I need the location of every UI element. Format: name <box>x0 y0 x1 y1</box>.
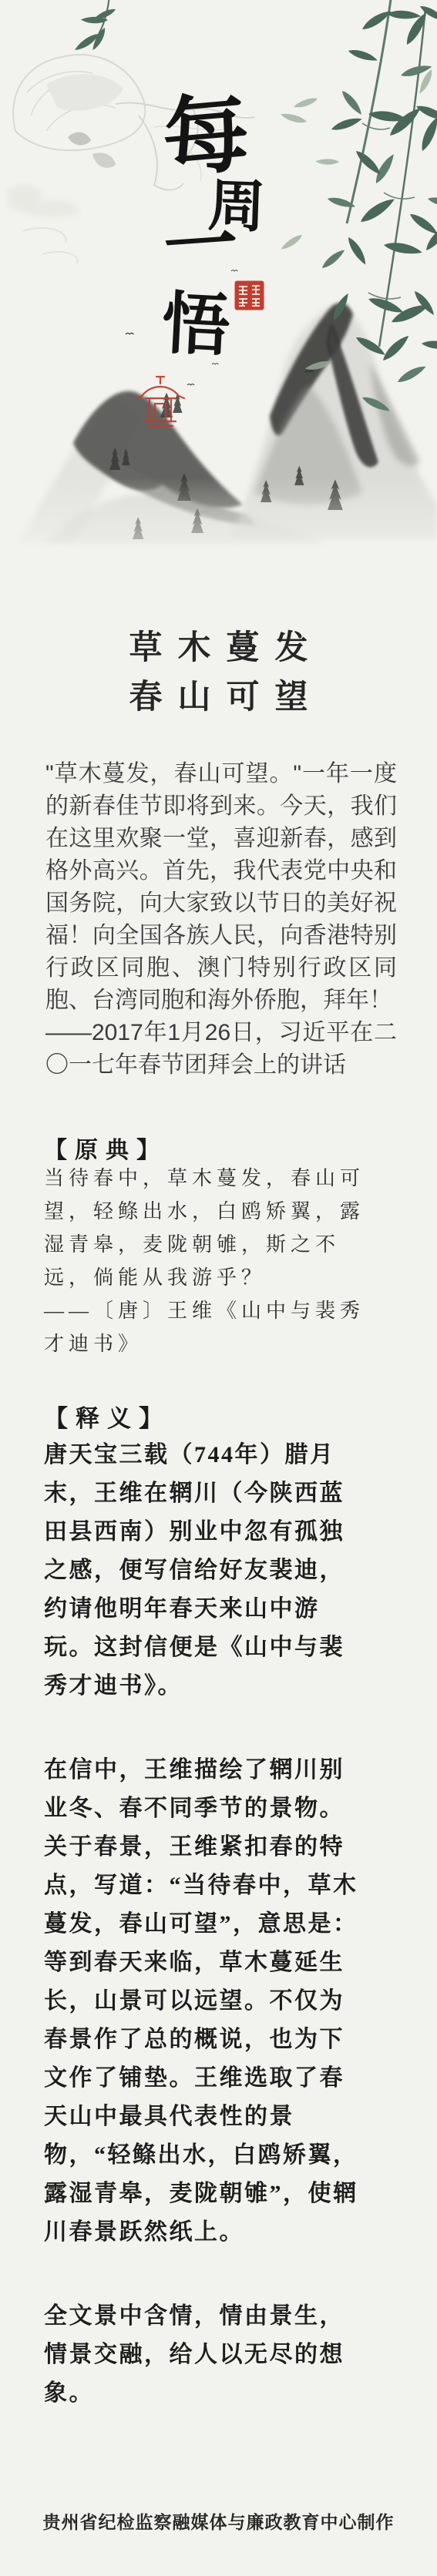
bamboo-sprig-top-left <box>72 0 117 52</box>
article-title: 草木蔓发 春山可望 <box>0 624 437 723</box>
lede-quote-text: "草木蔓发，春山可望。"一年一度的新春佳节即将到来。今天，我们在这里欢聚一堂，喜… <box>45 758 397 1017</box>
lede-quote: "草木蔓发，春山可望。"一年一度的新春佳节即将到来。今天，我们在这里欢聚一堂，喜… <box>45 758 397 1082</box>
section-heading-shiyi: 【释义】 <box>44 1399 170 1434</box>
shiyi-paragraph-3: 全文景中含情，情由景生，情景交融，给人以无尽的想象。 <box>44 2297 365 2413</box>
lede-quote-attribution: ——2017年1月26日，习近平在二〇一七年春节团拜会上的讲话 <box>45 1017 397 1082</box>
calligraphy-char-3: 一 <box>161 203 240 290</box>
yuandian-body: 当待春中，草木蔓发，春山可望，轻鲦出水，白鸥矫翼，露湿青皋，麦陇朝雊，斯之不远，… <box>44 1162 380 1360</box>
shiyi-paragraph-2: 在信中，王维描绘了辋川别业冬、春不同季节的景物。关于春景，王维紧扣春的特点，写道… <box>44 1751 365 2252</box>
shiyi-body: 唐天宝三载（744年）腊月末，王维在辋川（今陕西蓝田县西南）别业中忽有孤独之感，… <box>44 1436 365 2413</box>
article-page: 每 周 一 悟 <box>0 0 437 2576</box>
calligraphy-char-1: 每 <box>159 86 253 188</box>
section-heading-yuandian: 【原典】 <box>44 1131 167 1165</box>
article-title-line1: 草木蔓发 <box>0 624 437 673</box>
red-seal-icon <box>235 281 264 310</box>
mist-fade <box>0 478 437 601</box>
producer-credit: 贵州省纪检监察融媒体与廉政教育中心制作 <box>0 2508 437 2534</box>
article-title-line2: 春山可望 <box>0 673 437 723</box>
yuandian-text: 当待春中，草木蔓发，春山可望，轻鲦出水，白鸥矫翼，露湿青皋，麦陇朝雊，斯之不远，… <box>44 1162 380 1294</box>
calligraphy-char-4: 悟 <box>160 287 231 365</box>
yuandian-attribution: ——〔唐〕王维《山中与裴秀才迪书》 <box>44 1294 380 1360</box>
shiyi-paragraph-1: 唐天宝三载（744年）腊月末，王维在辋川（今陕西蓝田县西南）别业中忽有孤独之感，… <box>44 1436 365 1706</box>
calligraphy-weekly-insight: 每 周 一 悟 <box>159 86 266 365</box>
header-artwork: 每 周 一 悟 <box>0 0 437 601</box>
